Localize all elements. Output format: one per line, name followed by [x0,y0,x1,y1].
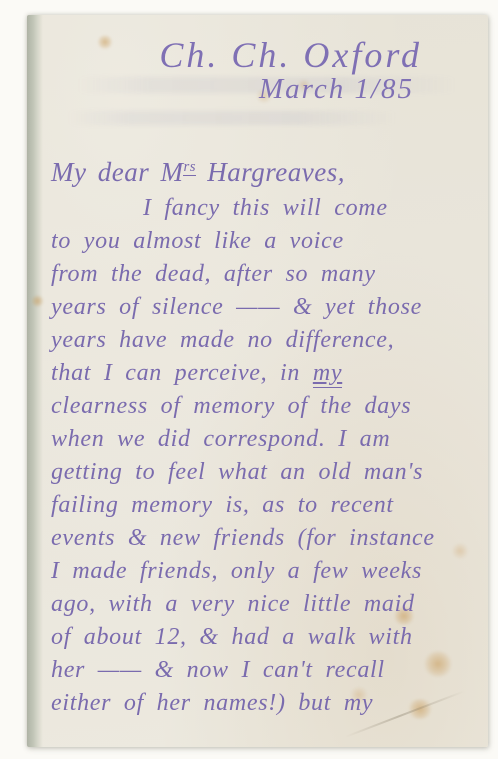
letter-content: Ch. Ch. Oxford March 1/85 My dear Mrs Ha… [27,15,488,747]
heading-date: March 1/85 [51,71,478,107]
body-line: events & new friends (for instance [51,522,478,555]
body-line: I made friends, only a few weeks [51,555,478,588]
body-line: from the dead, after so many [51,258,478,291]
body-line-prefix: that I can perceive, in [51,360,313,386]
body-line: when we did correspond. I am [51,423,478,456]
body-line: getting to feel what an old man's [51,456,478,489]
body-line: years have made no difference, [51,324,478,357]
salutation-superscript: rs [183,159,196,176]
letter-paper: Ch. Ch. Oxford March 1/85 My dear Mrs Ha… [27,15,488,747]
body-line-with-underline: that I can perceive, in my [51,357,478,390]
salutation-post: Hargreaves, [196,157,345,187]
body-line: I fancy this will come [51,192,478,225]
body-line: ago, with a very nice little maid [51,588,478,621]
letter-heading: Ch. Ch. Oxford March 1/85 [51,33,478,107]
body-line: clearness of memory of the days [51,390,478,423]
body-line: of about 12, & had a walk with [51,621,478,654]
body-line: her —— & now I can't recall [51,654,478,687]
letter-scan: Ch. Ch. Oxford March 1/85 My dear Mrs Ha… [0,0,498,759]
body-line: failing memory is, as to recent [51,489,478,522]
body-line: years of silence —— & yet those [51,291,478,324]
body-line: to you almost like a voice [51,225,478,258]
underlined-word: my [313,360,342,388]
salutation-pre: My dear M [51,157,183,187]
body-line: either of her names!) but my [51,687,478,720]
salutation-line: My dear Mrs Hargreaves, [51,147,478,192]
